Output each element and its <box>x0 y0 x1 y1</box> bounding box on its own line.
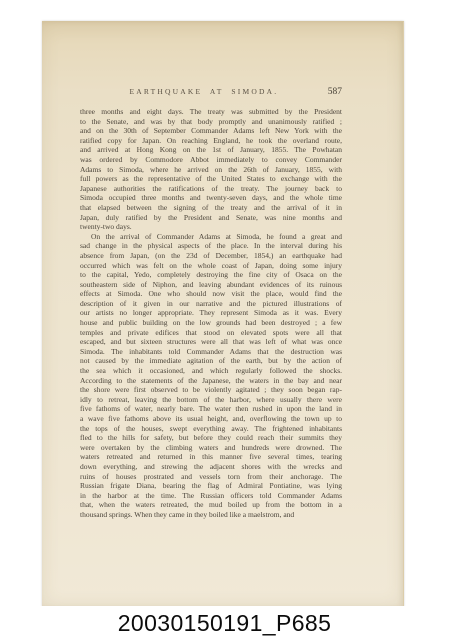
catalog-label-strip: 20030150191_P685 <box>0 606 449 640</box>
text-line: ruins of houses prostrated and vessels t… <box>80 472 342 482</box>
text-line: thousand springs. When they came in they… <box>80 510 342 520</box>
text-line: Russian frigate Diana, bearing the flag … <box>80 481 342 491</box>
text-line: According to the statements of the Japan… <box>80 376 342 386</box>
text-line: Adams to Simoda, where he arrived on the… <box>80 165 342 175</box>
text-line: effects at Simoda. One who should now vi… <box>80 289 342 299</box>
text-line: was ordered by Commodore Abbot immediate… <box>80 155 342 165</box>
text-line: Simoda occupied three months and twenty-… <box>80 193 342 203</box>
text-line: our artists no longer appropriate. They … <box>80 308 342 318</box>
text-line: waters retreated and returned in this ma… <box>80 452 342 462</box>
text-line: On the arrival of Commander Adams at Sim… <box>80 232 342 242</box>
text-line: that elapsed between the signing of the … <box>80 203 342 213</box>
text-line: not caused by the immediate agitation of… <box>80 356 342 366</box>
text-line: in the harbor at the time. The Russian o… <box>80 491 342 501</box>
text-line: the sea which it occasioned, and which r… <box>80 366 342 376</box>
text-line: that, when the waters retreated, the mud… <box>80 500 342 510</box>
text-line: southeastern side of Niphon, and leaving… <box>80 280 342 290</box>
text-line: a wave five fathoms above its usual heig… <box>80 414 342 424</box>
text-line: fled to the hills for safety, but before… <box>80 433 342 443</box>
scanned-book-page: EARTHQUAKE AT SIMODA. 587 three months a… <box>42 21 404 607</box>
text-line: were overtaken by the climbing waters an… <box>80 443 342 453</box>
page-number: 587 <box>328 87 342 97</box>
text-line: escaped, and but sixteen structures were… <box>80 337 342 347</box>
text-line: temples and private edifices that stood … <box>80 328 342 338</box>
text-line: three months and eight days. The treaty … <box>80 107 342 117</box>
text-line: ratified copy for Japan. On reaching Eng… <box>80 136 342 146</box>
running-head: EARTHQUAKE AT SIMODA. 587 <box>80 87 342 99</box>
artifact-catalog-number: 20030150191_P685 <box>118 610 332 637</box>
text-line: occurred which was felt on the whole coa… <box>80 261 342 271</box>
page-body-text: three months and eight days. The treaty … <box>80 107 342 520</box>
screenshot-canvas: EARTHQUAKE AT SIMODA. 587 three months a… <box>0 0 449 640</box>
text-line: full powers as the representative of the… <box>80 174 342 184</box>
text-line: twenty-two days. <box>80 222 342 232</box>
text-line: house and public building on the low gro… <box>80 318 342 328</box>
text-line: Japan, duly ratified by the President an… <box>80 213 342 223</box>
text-line: to the Senate, and was by that body prom… <box>80 117 342 127</box>
text-line: and arrived at Hong Kong on the 1st of J… <box>80 145 342 155</box>
text-line: and on the 30th of September Commander A… <box>80 126 342 136</box>
text-line: Japanese authorities the ratifications o… <box>80 184 342 194</box>
page-text-column: EARTHQUAKE AT SIMODA. 587 three months a… <box>80 87 342 520</box>
text-line: Simoda. The inhabitants told Commander A… <box>80 347 342 357</box>
text-line: down everything, and strewing the adjace… <box>80 462 342 472</box>
text-line: sad change in the physical aspects of th… <box>80 241 342 251</box>
text-line: to the capital, Yedo, completely destroy… <box>80 270 342 280</box>
text-line: idly to retreat, leaving the bottom of t… <box>80 395 342 405</box>
text-line: the shore were first observed to be viol… <box>80 385 342 395</box>
running-head-title: EARTHQUAKE AT SIMODA. <box>129 87 278 96</box>
text-line: absence from Japan, (on the 23d of Decem… <box>80 251 342 261</box>
text-line: the tops of the houses, swept everything… <box>80 424 342 434</box>
text-line: description of it given in our narrative… <box>80 299 342 309</box>
text-line: five fathoms of water, nearly bare. The … <box>80 404 342 414</box>
